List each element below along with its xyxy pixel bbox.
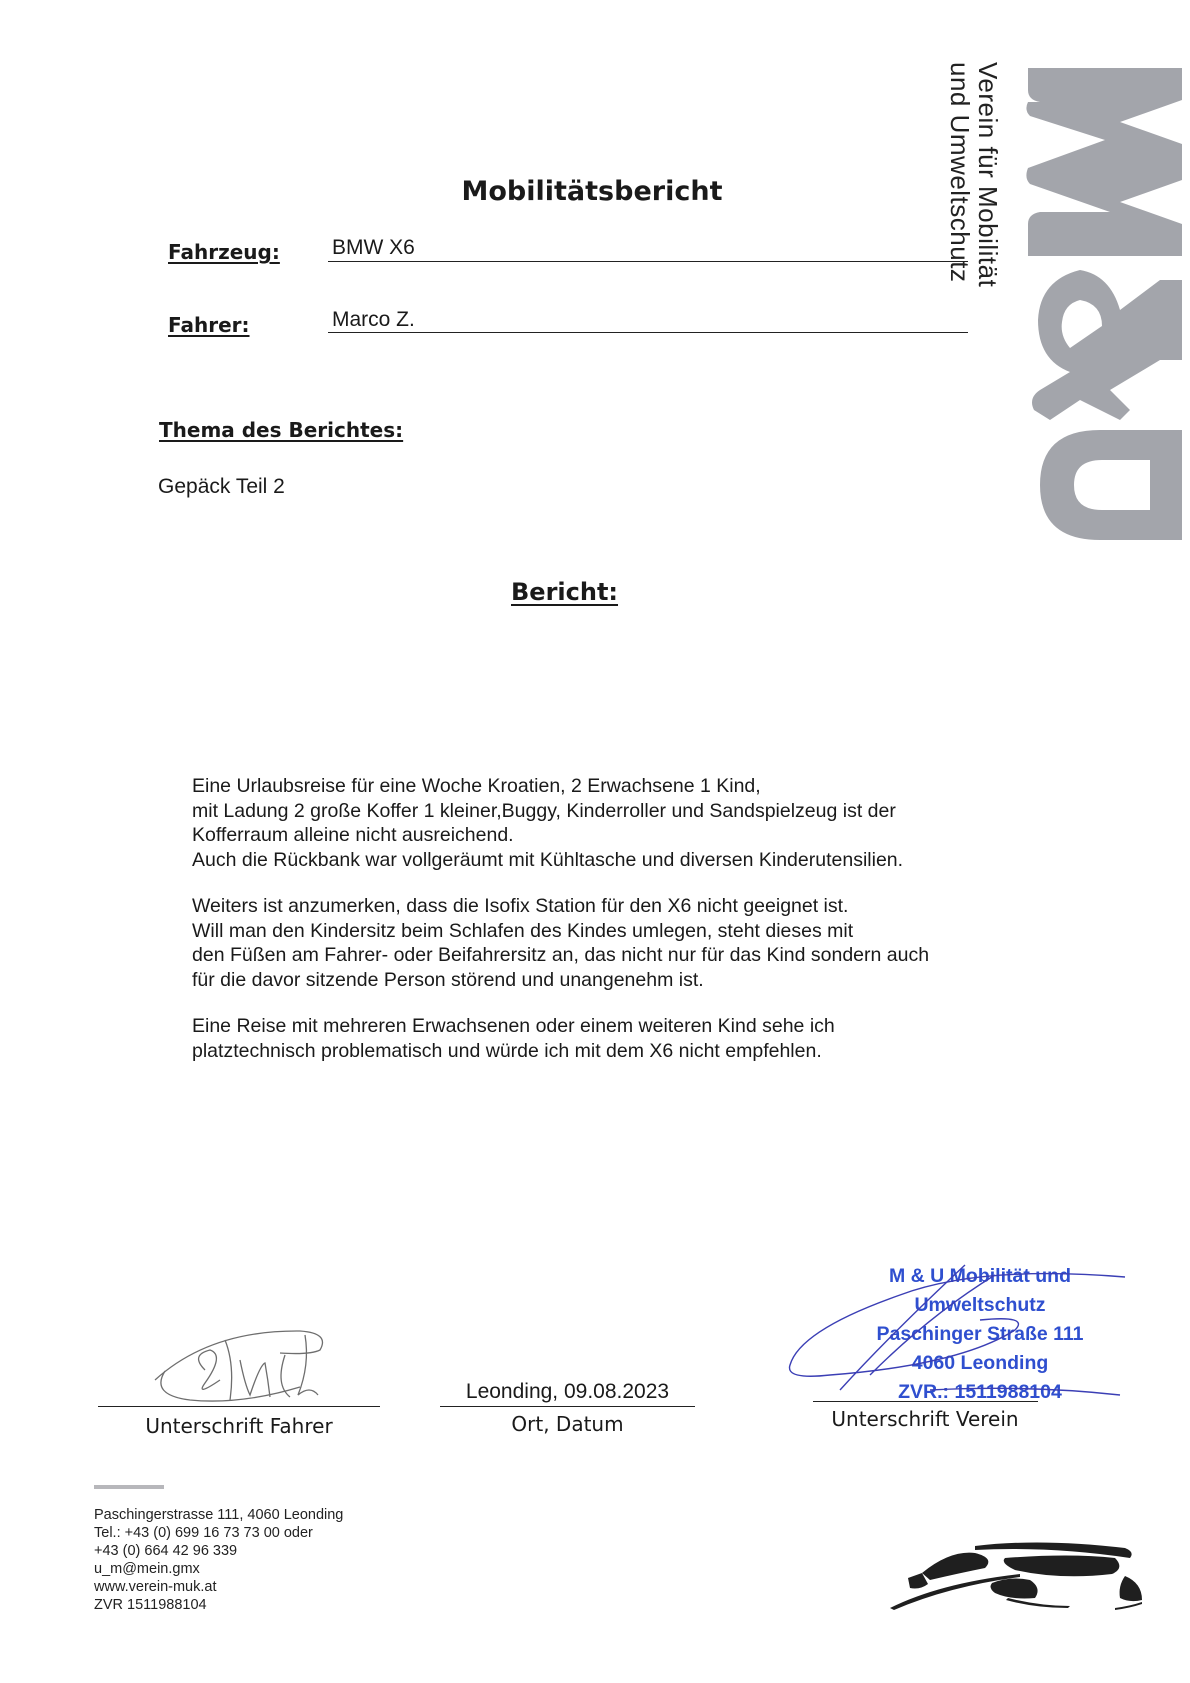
report-heading: Bericht:	[511, 578, 618, 606]
driver-value: Marco Z.	[332, 308, 415, 332]
report-line: Weiters ist anzumerken, dass die Isofix …	[192, 894, 1092, 919]
place-date-line	[440, 1406, 695, 1407]
footer-contact: Paschingerstrasse 111, 4060 Leonding Tel…	[94, 1506, 343, 1614]
footer-website[interactable]: www.verein-muk.at	[94, 1578, 343, 1596]
footer-email[interactable]: u_m@mein.gmx	[94, 1560, 343, 1578]
mu-logo-icon	[1010, 60, 1190, 555]
footer-phone: Tel.: +43 (0) 699 16 73 73 00 oder	[94, 1524, 343, 1542]
driver-underline	[328, 332, 968, 333]
footer-address: Paschingerstrasse 111, 4060 Leonding	[94, 1506, 343, 1524]
document-title-text: Mobilitätsbericht	[462, 176, 723, 207]
club-signature-label: Unterschrift Verein	[800, 1407, 1050, 1431]
report-line: mit Ladung 2 große Koffer 1 kleiner,Bugg…	[192, 799, 1092, 824]
report-line: Eine Urlaubsreise für eine Woche Kroatie…	[192, 774, 1092, 799]
brand-vertical-lines: Verein für Mobilität und Umweltschutz	[946, 62, 1002, 287]
report-line: Eine Reise mit mehreren Erwachsenen oder…	[192, 1014, 1092, 1039]
vehicle-label: Fahrzeug:	[168, 240, 280, 264]
report-line: Kofferraum alleine nicht ausreichend.	[192, 823, 1092, 848]
report-line: für die davor sitzende Person störend un…	[192, 968, 1092, 993]
report-body: Eine Urlaubsreise für eine Woche Kroatie…	[192, 774, 1092, 1085]
driver-label: Fahrer:	[168, 313, 250, 337]
report-line: den Füßen am Fahrer- oder Beifahrersitz …	[192, 943, 1092, 968]
report-paragraph: Weiters ist anzumerken, dass die Isofix …	[192, 894, 1092, 992]
vehicle-value: BMW X6	[332, 236, 415, 260]
footer-divider	[94, 1485, 164, 1489]
report-paragraph: Eine Reise mit mehreren Erwachsenen oder…	[192, 1014, 1092, 1063]
footer-phone-2: +43 (0) 664 42 96 339	[94, 1542, 343, 1560]
club-signature	[780, 1255, 1130, 1405]
topic-label: Thema des Berichtes:	[159, 418, 403, 442]
car-logo-icon	[880, 1528, 1150, 1623]
brand-line-2: und Umweltschutz	[946, 62, 974, 287]
topic-value: Gepäck Teil 2	[158, 475, 285, 499]
brand-vertical-text: Verein für Mobilität und Umweltschutz	[942, 62, 1002, 362]
place-date-value: Leonding, 09.08.2023	[440, 1380, 695, 1404]
driver-signature	[150, 1325, 360, 1405]
club-signature-line	[813, 1401, 1038, 1402]
vehicle-underline	[328, 261, 968, 262]
report-line: Auch die Rückbank war vollgeräumt mit Kü…	[192, 848, 1092, 873]
driver-signature-label: Unterschrift Fahrer	[98, 1414, 380, 1438]
brand-line-1: Verein für Mobilität	[974, 62, 1002, 287]
footer-zvr: ZVR 1511988104	[94, 1596, 343, 1614]
report-line: Will man den Kindersitz beim Schlafen de…	[192, 919, 1092, 944]
report-line: platztechnisch problematisch und würde i…	[192, 1039, 1092, 1064]
driver-signature-line	[98, 1406, 380, 1407]
place-date-label: Ort, Datum	[440, 1412, 695, 1436]
report-paragraph: Eine Urlaubsreise für eine Woche Kroatie…	[192, 774, 1092, 872]
